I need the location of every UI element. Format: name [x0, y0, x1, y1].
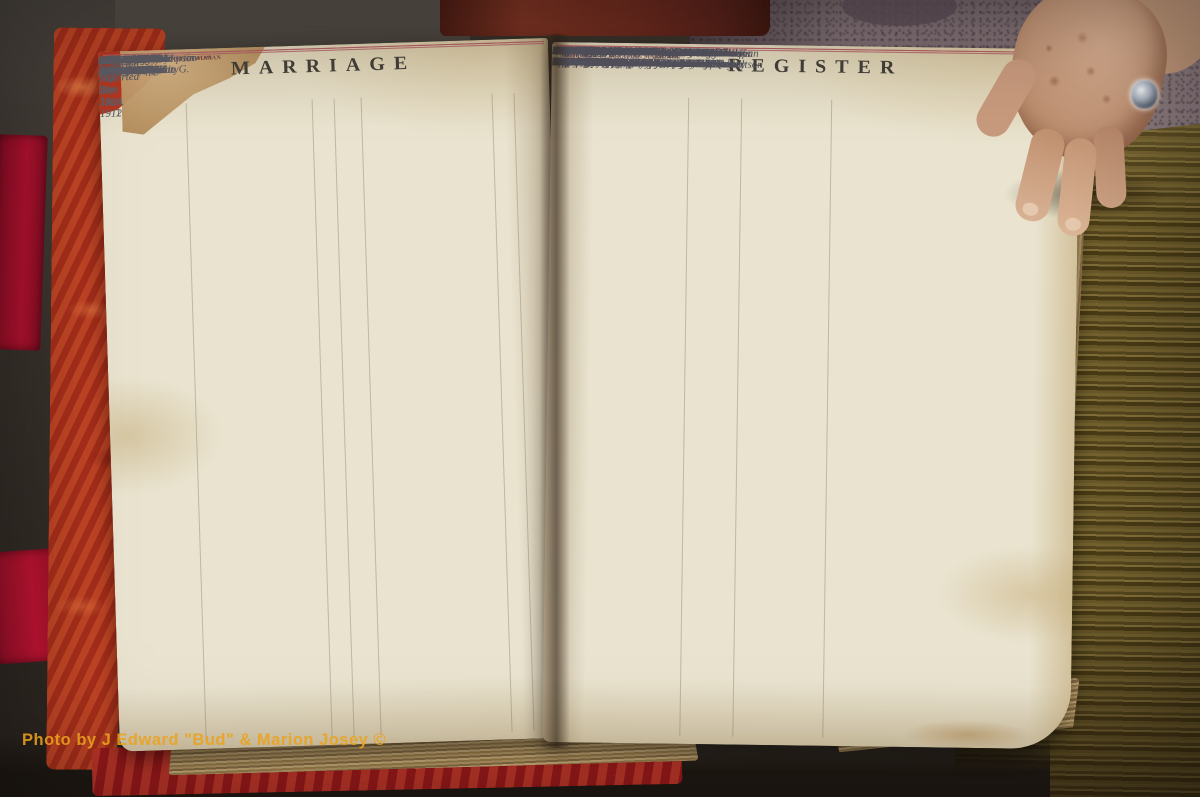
column-line [822, 100, 832, 738]
ring [1131, 80, 1158, 109]
photo-marriage-register: MARRIAGE DATE OF ISSUENAME AND RESIDENCE… [0, 0, 1200, 797]
column-line [513, 93, 534, 731]
finger [1093, 125, 1127, 208]
fingernail [1021, 201, 1040, 217]
column-line [334, 99, 355, 737]
column-line [680, 98, 690, 736]
book-gutter [540, 34, 570, 748]
column-line [732, 99, 742, 737]
hand [985, 0, 1200, 245]
fingernail [1064, 217, 1081, 232]
column-line [311, 99, 332, 737]
column-line [185, 103, 206, 741]
red-book-upper-left [0, 134, 48, 351]
left-page: MARRIAGE DATE OF ISSUENAME AND RESIDENCE… [98, 38, 570, 752]
photographer-watermark: Photo by J Edward "Bud" & Marion Josey © [22, 731, 386, 750]
book-spine-top [440, 0, 770, 36]
column-line [361, 98, 382, 736]
worn-spot [902, 719, 1032, 749]
column-line [491, 94, 512, 732]
